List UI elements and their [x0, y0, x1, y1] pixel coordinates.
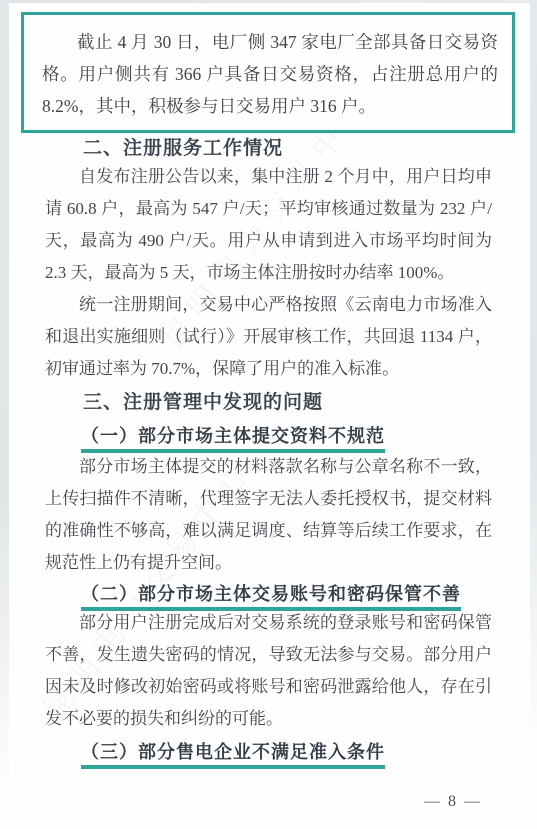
document-body: 二、注册服务工作情况 自发布注册公告以来，集中注册 2 个月中，用户日均申请 6…	[45, 137, 492, 765]
subsection-1-heading: （一）部分市场主体提交资料不规范	[45, 423, 492, 449]
section-3-heading: 三、注册管理中发现的问题	[45, 391, 492, 415]
section-2-heading: 二、注册服务工作情况	[45, 137, 492, 161]
subsection-2-heading: （二）部分市场主体交易账号和密码保管不善	[45, 581, 492, 607]
page-number: — 8 —	[424, 792, 482, 812]
highlight-box-text: 截止 4 月 30 日，电厂侧 347 家电厂全部具备日交易资格。用户侧共有 3…	[42, 26, 498, 122]
section-2-paragraph-2: 统一注册期间，交易中心严格按照《云南电力市场准入和退出实施细则（试行）》开展审核…	[45, 289, 492, 385]
subsection-3-heading-text: （三）部分售电企业不满足准入条件	[81, 742, 385, 769]
subsection-1-heading-text: （一）部分市场主体提交资料不规范	[81, 426, 385, 453]
subsection-3-heading: （三）部分售电企业不满足准入条件	[45, 739, 492, 765]
subsection-1-paragraph: 部分市场主体提交的材料落款名称与公章名称不一致，上传扫描件不清晰，代理签字无法人…	[45, 451, 492, 579]
highlight-box: 截止 4 月 30 日，电厂侧 347 家电厂全部具备日交易资格。用户侧共有 3…	[21, 12, 515, 133]
subsection-2-paragraph: 部分用户注册完成后对交易系统的登录账号和密码保管不善，发生遗失密码的情况，导致无…	[45, 607, 492, 735]
document-page: 昆明电力交易中心 昆明电力交易中心 截止 4 月 30 日，电厂侧 347 家电…	[0, 0, 537, 829]
page-left-edge	[0, 0, 9, 829]
section-2-paragraph-1: 自发布注册公告以来，集中注册 2 个月中，用户日均申请 60.8 户，最高为 5…	[45, 161, 492, 289]
page-top-edge	[0, 0, 537, 3]
page-right-edge	[530, 0, 537, 829]
